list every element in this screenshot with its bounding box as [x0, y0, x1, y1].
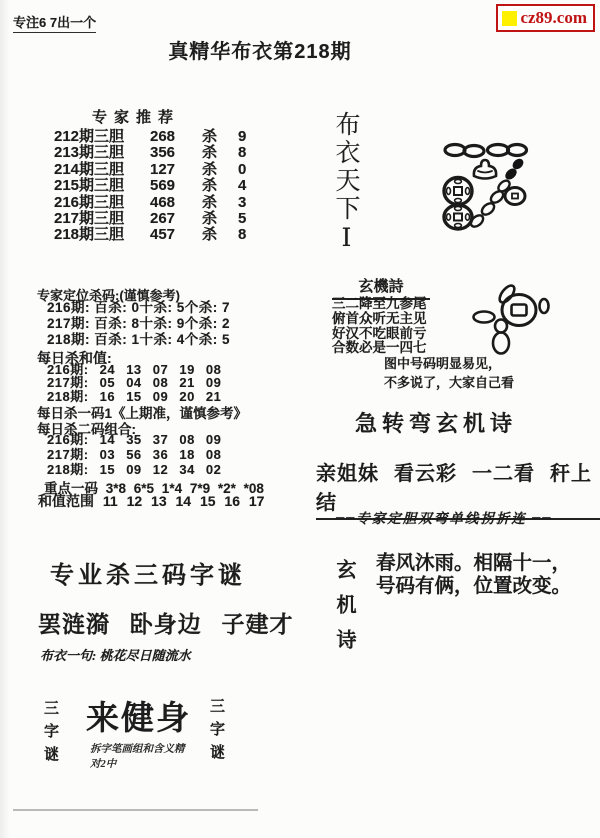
kill-label: 杀 [202, 227, 238, 243]
three-char-riddle-answer: 来健身 [86, 692, 191, 739]
sum-range-label: 和值范围 [38, 493, 94, 509]
dan-cell: 267 [150, 211, 202, 227]
period-cell: 217期三胆 [54, 211, 150, 227]
dan-cell: 569 [150, 178, 202, 194]
buyi-tianxia-vertical-title: 布衣天下Ⅰ [327, 111, 363, 255]
expert-recommend-table: 212期三胆 268 杀 9 213期三胆 356 杀 8 214期三胆 127… [54, 129, 246, 244]
kill-label: 杀 [202, 195, 238, 211]
list-item: 218期: 百杀: 1十杀: 4个杀: 5 [47, 332, 230, 348]
sketch-caption-line1: 图中号码明显易见， [384, 353, 501, 372]
kill-cell: 0 [238, 162, 246, 178]
dan-cell: 127 [150, 162, 202, 178]
period-cell: 216期三胆 [54, 195, 150, 211]
kill-label: 杀 [202, 211, 238, 227]
table-row: 217期三胆 267 杀 5 [54, 211, 246, 227]
expert-recommend-title: 专家推荐 [92, 106, 180, 127]
period-cell: 214期三胆 [54, 162, 150, 178]
period-cell: 212期三胆 [54, 129, 150, 145]
riddle-footnote-line2: 对2中 [90, 756, 116, 771]
three-char-riddle-label-right: 三字谜 [206, 698, 227, 767]
coin-sketch-drawing [470, 280, 566, 356]
period-cell: 215期三胆 [54, 178, 150, 194]
daily-sum-rows: 216期: 24 13 07 19 08 217期: 05 04 08 21 0… [47, 363, 221, 403]
kill-cell: 5 [238, 211, 246, 227]
period-cell: 213期三胆 [54, 145, 150, 161]
kill-label: 杀 [202, 178, 238, 194]
kill-cell: 4 [238, 178, 246, 194]
list-item: 217期: 百杀: 8十杀: 9个杀: 2 [47, 316, 230, 332]
kill-cell: 3 [238, 195, 246, 211]
bottom-poem-line2: 号码有俩，位置改变。 [376, 570, 571, 598]
site-watermark: cz89.com [496, 4, 595, 32]
kill-three-riddle-answer: 罢涟漪 卧身边 子建才 [38, 606, 294, 639]
list-item: 216期: 百杀: 0十杀: 5个杀: 7 [47, 300, 230, 316]
handwritten-note: 专注6 7出一个 [13, 12, 96, 33]
list-item: 218期: 15 09 12 34 02 [47, 463, 221, 478]
kill-label: 杀 [202, 162, 238, 178]
table-row: 218期三胆 457 杀 8 [54, 227, 246, 243]
kill-cell: 9 [238, 129, 246, 145]
watermark-text: cz89.com [520, 8, 587, 28]
sum-range-line: 和值范围 11 12 13 14 15 16 17 [38, 491, 264, 511]
table-row: 215期三胆 569 杀 4 [54, 178, 246, 194]
kill-label: 杀 [202, 145, 238, 161]
riddle-footnote-line1: 拆字笔画组和含义精 [90, 741, 185, 756]
table-row: 212期三胆 268 杀 9 [54, 129, 246, 145]
table-row: 214期三胆 127 杀 0 [54, 162, 246, 178]
sketch-caption-line2: 不多说了，大家自己看 [384, 372, 514, 391]
list-item: 216期: 24 13 07 19 08 [47, 363, 221, 376]
lottery-sheet-page: 专注6 7出一个 真精华布衣第218期 cz89.com 专家推荐 212期三胆… [0, 0, 600, 838]
bottom-poem-vertical-title: 玄机诗 [330, 559, 359, 664]
bottom-rule [13, 809, 258, 811]
position-kill-rows: 216期: 百杀: 0十杀: 5个杀: 7 217期: 百杀: 8十杀: 9个杀… [47, 300, 230, 347]
sharp-turn-title: 急转弯玄机诗 [355, 407, 517, 438]
poem-line: 俯首众听无主见 [332, 312, 427, 327]
kill-cell: 8 [238, 145, 246, 161]
kill-three-riddle-title: 专业杀三码字谜 [50, 555, 246, 590]
dan-cell: 468 [150, 195, 202, 211]
coins-ingots-drawing [440, 140, 536, 236]
yellow-square-icon [502, 11, 517, 26]
two-code-rows: 216期: 14 35 37 08 09 217期: 03 56 36 18 0… [47, 433, 221, 477]
buyi-sentence: 布衣一句: 桃花尽日随流水 [40, 645, 191, 664]
table-row: 216期三胆 468 杀 3 [54, 195, 246, 211]
table-row: 213期三胆 356 杀 8 [54, 145, 246, 161]
period-cell: 218期三胆 [54, 227, 150, 243]
dan-cell: 268 [150, 129, 202, 145]
list-item: 217期: 05 04 08 21 09 [47, 376, 221, 389]
dan-cell: 356 [150, 145, 202, 161]
kill-label: 杀 [202, 129, 238, 145]
kill-cell: 8 [238, 227, 246, 243]
list-item: 217期: 03 56 36 18 08 [47, 448, 221, 463]
page-title: 真精华布衣第218期 [120, 35, 400, 64]
three-char-riddle-label-left: 三字谜 [40, 700, 61, 769]
poem-line: 三二降至九参尾 [332, 297, 427, 312]
xuanji-poem-lines: 三二降至九参尾 俯首众听无主见 好汉不吃眼前亏 合数必是一四七 [332, 297, 427, 356]
list-item: 216期: 14 35 37 08 09 [47, 433, 221, 448]
sum-range-values: 11 12 13 14 15 16 17 [103, 493, 265, 509]
sharp-turn-footer: ━━专家定胆双弯单线拐折连 ━━ [336, 507, 552, 527]
dan-cell: 457 [150, 227, 202, 243]
